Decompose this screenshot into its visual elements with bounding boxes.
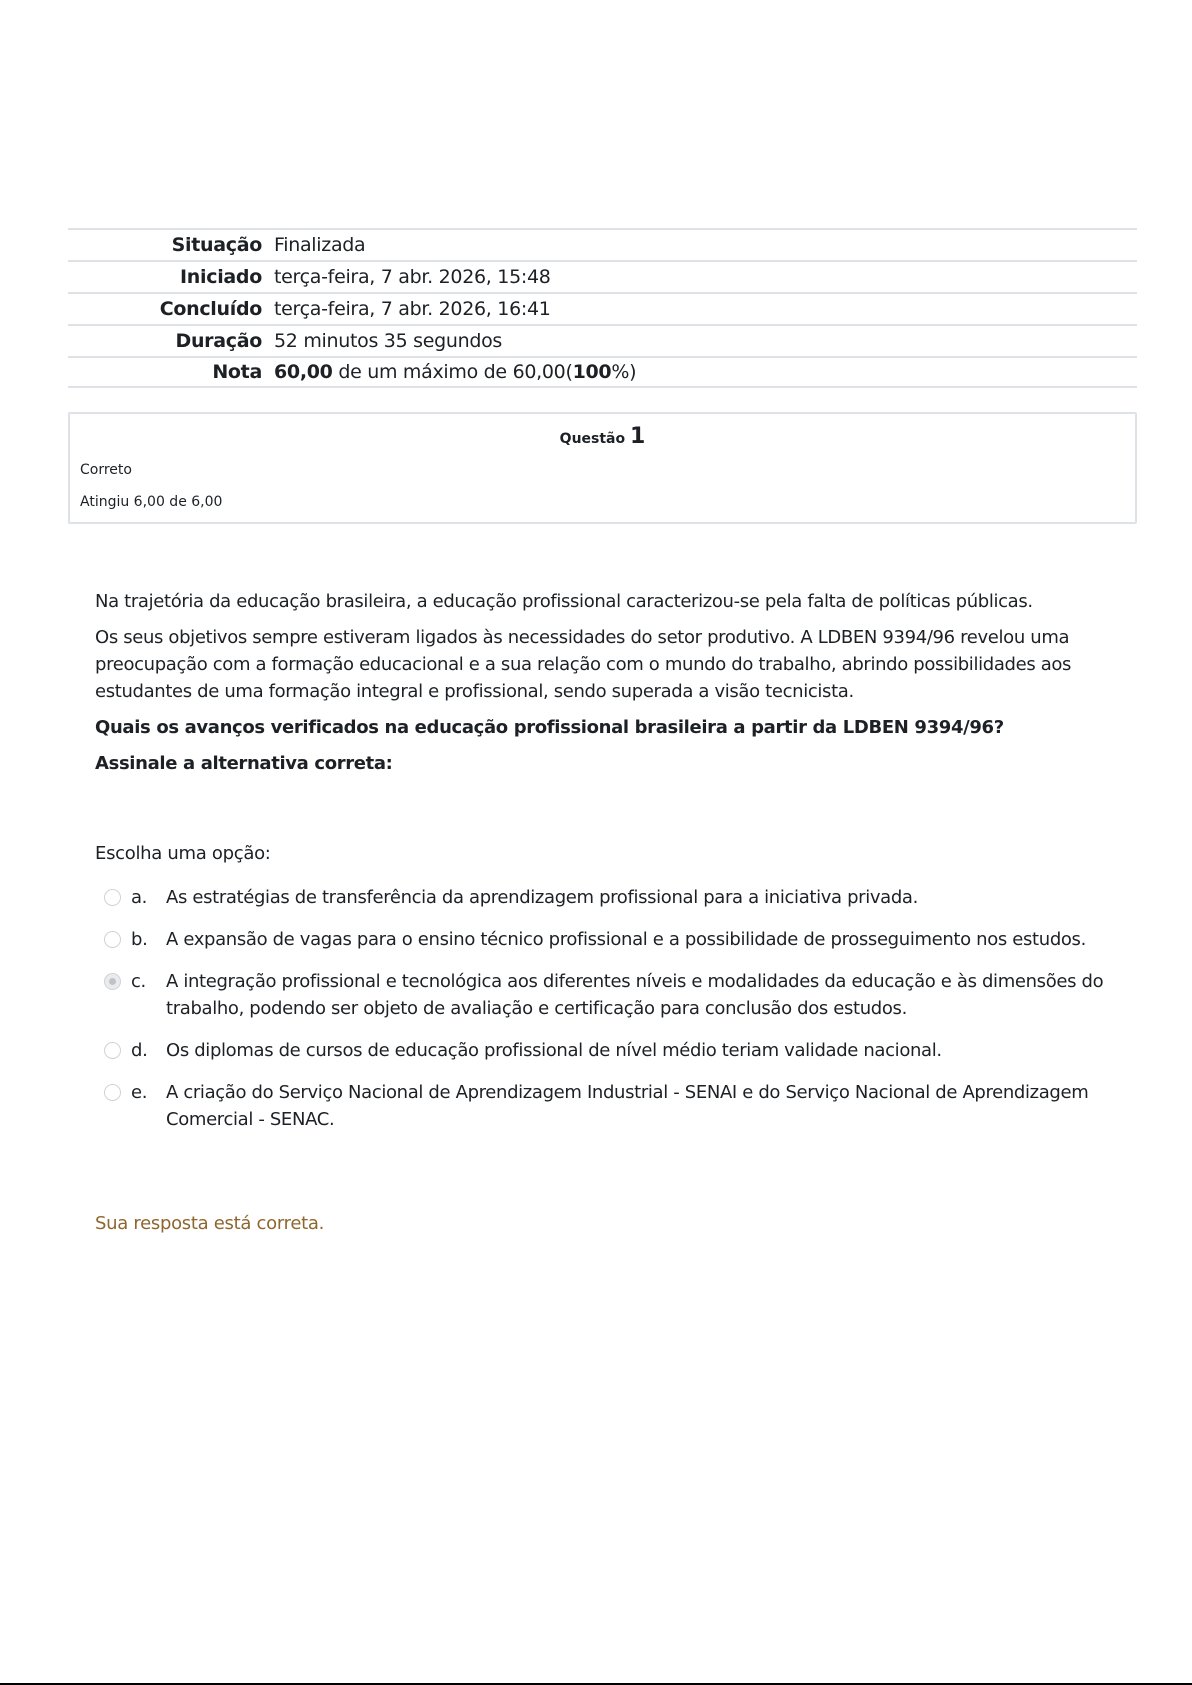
question-info-box: Questão 1 Correto Atingiu 6,00 de 6,00 (68, 412, 1137, 524)
choose-option-label: Escolha uma opção: (95, 843, 271, 864)
answer-option-d[interactable]: d. Os diplomas de cursos de educação pro… (104, 1037, 1134, 1064)
option-letter: d. (121, 1037, 166, 1064)
grade-middle: de um máximo de 60,00( (333, 361, 573, 383)
summary-row-duration: Duração 52 minutos 35 segundos (68, 324, 1137, 356)
radio-button[interactable] (104, 1084, 121, 1101)
option-text: Os diplomas de cursos de educação profis… (166, 1037, 1134, 1064)
radio-button[interactable] (104, 889, 121, 906)
option-letter: b. (121, 926, 166, 953)
radio-button-checked[interactable] (104, 973, 121, 990)
radio-button[interactable] (104, 931, 121, 948)
summary-value: Finalizada (274, 234, 365, 256)
option-letter: e. (121, 1079, 166, 1106)
summary-grade-value: 60,00 de um máximo de 60,00(100%) (274, 361, 636, 383)
question-text: Na trajetória da educação brasileira, a … (95, 588, 1105, 786)
option-letter: c. (121, 968, 166, 995)
summary-value: 52 minutos 35 segundos (274, 330, 502, 352)
summary-row-completed: Concluído terça-feira, 7 abr. 2026, 16:4… (68, 292, 1137, 324)
option-text: A criação do Serviço Nacional de Aprendi… (166, 1079, 1134, 1133)
answer-option-e[interactable]: e. A criação do Serviço Nacional de Apre… (104, 1079, 1134, 1133)
summary-label: Nota (68, 361, 274, 383)
summary-row-status: Situação Finalizada (68, 228, 1137, 260)
question-title: Questão 1 (70, 424, 1135, 449)
attempt-summary-table: Situação Finalizada Iniciado terça-feira… (68, 228, 1137, 388)
grade-score: 60,00 (274, 361, 333, 383)
summary-row-grade: Nota 60,00 de um máximo de 60,00(100%) (68, 356, 1137, 388)
summary-label: Duração (68, 330, 274, 352)
question-grade: Atingiu 6,00 de 6,00 (80, 494, 222, 510)
question-paragraph: Na trajetória da educação brasileira, a … (95, 588, 1105, 615)
grade-suffix: %) (611, 361, 636, 383)
option-text: A integração profissional e tecnológica … (166, 968, 1134, 1022)
question-paragraph: Os seus objetivos sempre estiveram ligad… (95, 624, 1105, 705)
question-prompt-bold: Quais os avanços verificados na educação… (95, 714, 1105, 741)
summary-label: Concluído (68, 298, 274, 320)
summary-value: terça-feira, 7 abr. 2026, 15:48 (274, 266, 551, 288)
option-letter: a. (121, 884, 166, 911)
question-title-prefix: Questão (560, 431, 625, 447)
radio-button[interactable] (104, 1042, 121, 1059)
option-text: As estratégias de transferência da apren… (166, 884, 1134, 911)
answer-option-c[interactable]: c. A integração profissional e tecnológi… (104, 968, 1134, 1022)
answer-option-b[interactable]: b. A expansão de vagas para o ensino téc… (104, 926, 1134, 953)
summary-label: Iniciado (68, 266, 274, 288)
question-state: Correto (80, 462, 132, 478)
question-number: 1 (630, 424, 645, 449)
summary-row-started: Iniciado terça-feira, 7 abr. 2026, 15:48 (68, 260, 1137, 292)
summary-label: Situação (68, 234, 274, 256)
summary-value: terça-feira, 7 abr. 2026, 16:41 (274, 298, 551, 320)
question-instruction-bold: Assinale a alternativa correta: (95, 750, 1105, 777)
grade-percent: 100 (573, 361, 612, 383)
option-text: A expansão de vagas para o ensino técnic… (166, 926, 1134, 953)
answer-options: a. As estratégias de transferência da ap… (104, 884, 1134, 1148)
answer-option-a[interactable]: a. As estratégias de transferência da ap… (104, 884, 1134, 911)
answer-feedback: Sua resposta está correta. (95, 1213, 324, 1234)
